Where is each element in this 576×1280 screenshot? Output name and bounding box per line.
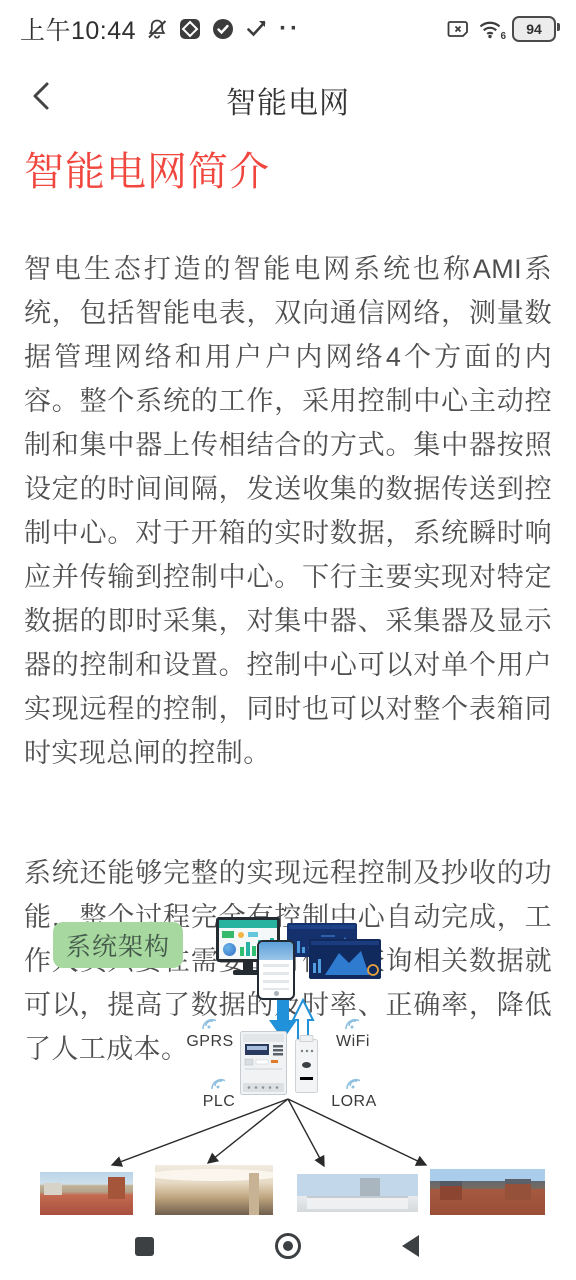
notification-check-flag-icon [244,17,268,41]
system-architecture-diagram: 系统架构 [0,903,576,1217]
photo-houses [430,1169,545,1215]
comm-label: WiFi [336,1033,370,1050]
notification-check-circle-icon [211,17,235,41]
status-bar-left: 上午10:44 ·· [20,11,301,47]
photo-mall [155,1165,273,1215]
comm-label: GPRS [186,1033,233,1050]
radio-waves-icon [207,1073,231,1091]
photo-office-building [297,1174,418,1212]
nav-recents-button[interactable] [135,1237,154,1256]
comm-gprs: GPRS [183,1013,237,1051]
monitor-stand [243,962,253,970]
android-nav-bar [0,1216,576,1280]
comm-label: LORA [331,1093,377,1110]
status-bar: 上午10:44 ·· [0,0,576,58]
comm-wifi: WiFi [326,1013,380,1051]
comm-plc: PLC [192,1073,246,1111]
up-arrow-icon [293,1000,313,1040]
section-badge: 系统架构 [53,922,183,968]
sim-card-x-icon [446,17,470,41]
smart-grid-article-screen: 上午10:44 ·· [0,0,576,1280]
radio-waves-icon [342,1073,366,1091]
article-paragraph-1: 智电生态打造的智能电网系统也称AMI系统，包括智能电表，双向通信网络，测量数据管… [24,247,552,775]
radio-waves-icon [198,1013,222,1031]
photo-campus [40,1172,133,1215]
notification-app-icon [178,17,202,41]
mute-bell-icon [145,17,169,41]
globe-icon [223,943,236,956]
smart-meter [240,1031,287,1095]
app-header: 智能电网 [0,58,576,134]
page-title: 智能电网 [0,78,576,122]
nav-home-button[interactable] [275,1233,301,1259]
wifi-generation-label: 6 [500,31,506,42]
battery-percent: 94 [526,21,542,37]
status-bar-right: 6 94 [446,16,556,42]
mobile-app-phone [257,940,295,1000]
battery-indicator: 94 [512,16,556,42]
phone-banner [259,942,293,960]
analytics-dashboard-2 [309,939,381,979]
comm-module [295,1035,318,1093]
radio-waves-icon [341,1013,365,1031]
more-notifications-dots: ·· [279,17,301,41]
nav-back-button[interactable] [402,1235,419,1257]
comm-label: PLC [203,1093,236,1110]
comm-lora: LORA [327,1073,381,1111]
status-time: 上午10:44 [20,11,136,47]
article-heading: 智能电网简介 [24,148,552,196]
wifi-icon: 6 [478,17,504,41]
